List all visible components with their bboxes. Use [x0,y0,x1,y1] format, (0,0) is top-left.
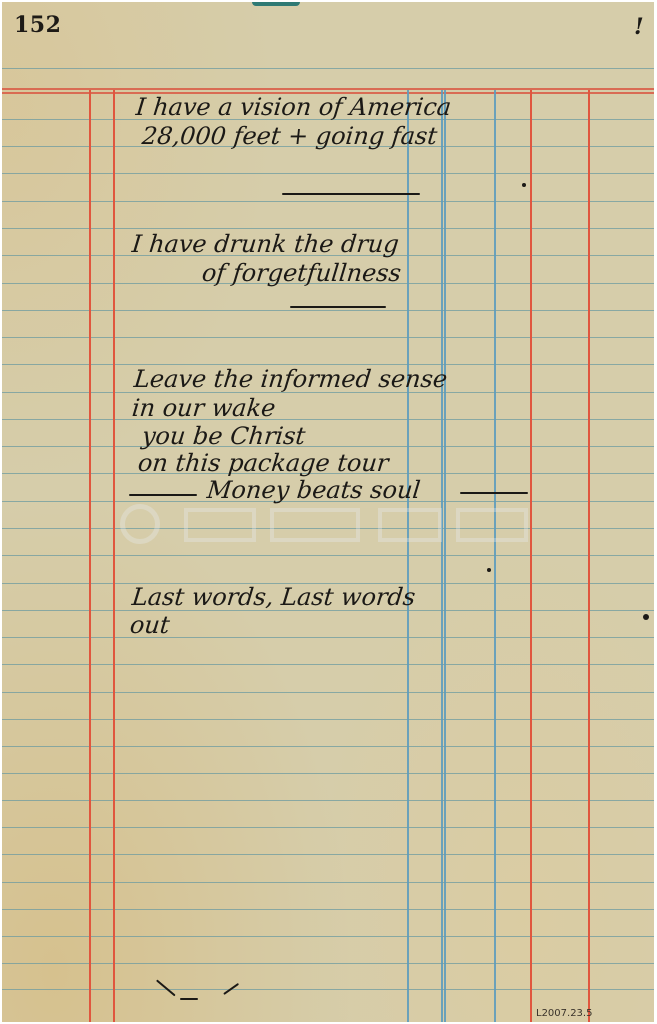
column-red-rule [588,90,590,1022]
ruled-line [2,854,654,855]
ruled-line [2,882,654,883]
ruled-line [2,936,654,937]
watermark-glyph [184,508,256,542]
ruled-line [2,746,654,747]
ruled-line [2,989,654,990]
margin-red-rule [89,90,91,1022]
lyric-line: I have a vision of America [135,94,453,121]
ink-dot [522,183,526,187]
dash-stroke [129,494,197,496]
column-blue-rule [494,90,496,1022]
column-blue-rule [407,90,409,1022]
lyric-line: of forgetfullness [201,260,403,287]
ruled-line [2,909,654,910]
ruled-line [2,963,654,964]
lyric-line: on this package tour [137,450,390,477]
watermark-glyph [378,508,442,542]
fold-mark [180,998,198,1000]
watermark-glyph [456,508,528,542]
lyric-line: out [129,612,171,639]
ruled-line [2,419,654,420]
ruled-line [2,337,654,338]
fold-mark [156,979,175,996]
header-red-rule [2,88,654,90]
column-blue-rule [441,90,443,1022]
lyric-line: in our wake [131,395,277,422]
column-blue-rule [444,90,446,1022]
divider-stroke [290,306,386,308]
ruled-line [2,827,654,828]
tape-mark [252,2,300,6]
lyric-line: Leave the informed sense [133,366,449,393]
ledger-page: 152 ! I have a vision of America 28,000 … [2,2,654,1022]
watermark-logo [120,502,540,548]
lyric-line: I have drunk the drug [131,231,401,258]
lyric-line: you be Christ [141,423,307,450]
lyric-line: 28,000 feet + going fast [141,123,439,150]
ruled-line [2,800,654,801]
ruled-line [2,68,654,69]
ruled-line [2,692,654,693]
catalog-number: L2007.23.5 [536,1008,592,1019]
lyric-line-emphasis: Money beats soul [206,477,422,504]
margin-red-rule [113,90,115,1022]
top-right-mark: ! [634,14,644,41]
ruled-line [2,228,654,229]
ruled-line [2,446,654,447]
divider-stroke [282,193,420,195]
watermark-emblem-icon [120,504,160,544]
dash-stroke [460,492,528,494]
ink-dot [487,568,491,572]
ink-dot [643,614,649,620]
lyric-line: Last words, Last words [131,584,417,611]
ruled-line [2,173,654,174]
ruled-line [2,773,654,774]
ruled-line [2,719,654,720]
column-red-rule [530,90,532,1022]
ruled-line [2,664,654,665]
ruled-line [2,201,654,202]
ruled-line [2,637,654,638]
ruled-line [2,310,654,311]
page-number: 152 [14,12,61,38]
ruled-line [2,555,654,556]
watermark-glyph [270,508,360,542]
